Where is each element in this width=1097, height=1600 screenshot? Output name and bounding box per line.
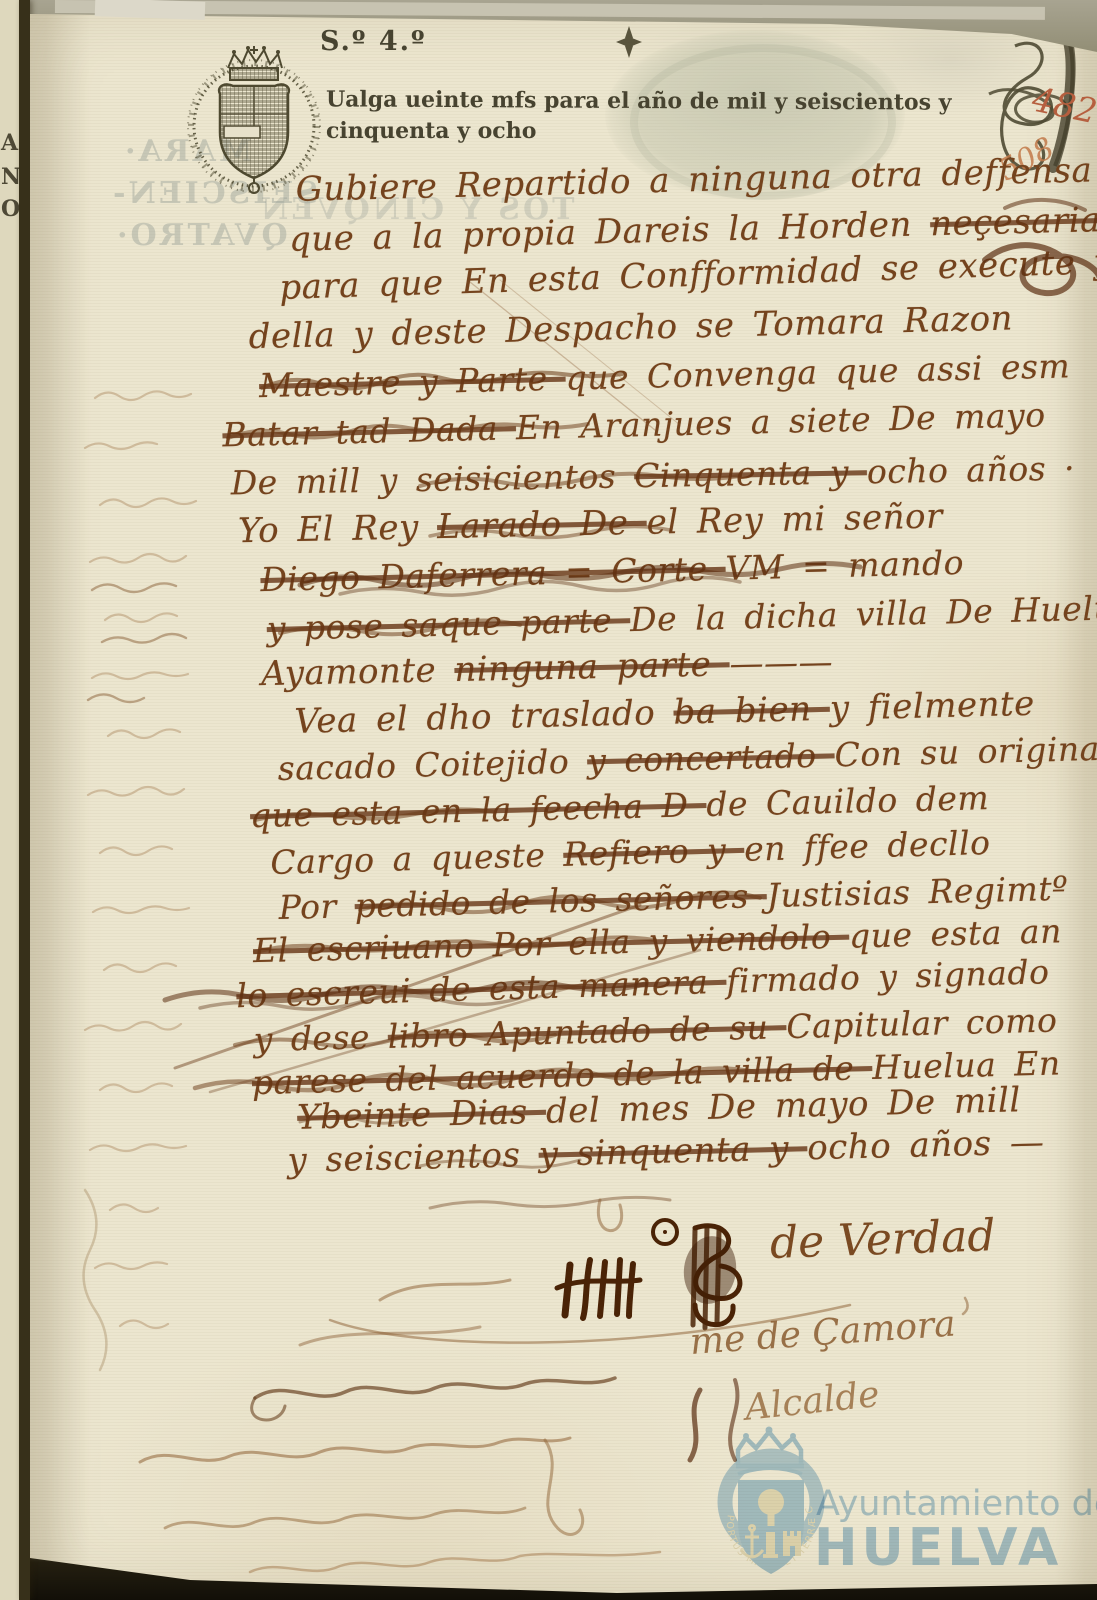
manuscript-scan: A· N· O. MARA· SEISCIEN- QVATRO· TOS Y C… [0, 0, 1097, 1600]
ink-scrawl-overlay [30, 0, 1097, 1600]
document-page: MARA· SEISCIEN- QVATRO· TOS Y CINQVEN S.… [30, 0, 1097, 1600]
binding-gutter [19, 0, 30, 1600]
watermark-wordmark: HUELVA [814, 1518, 1062, 1578]
